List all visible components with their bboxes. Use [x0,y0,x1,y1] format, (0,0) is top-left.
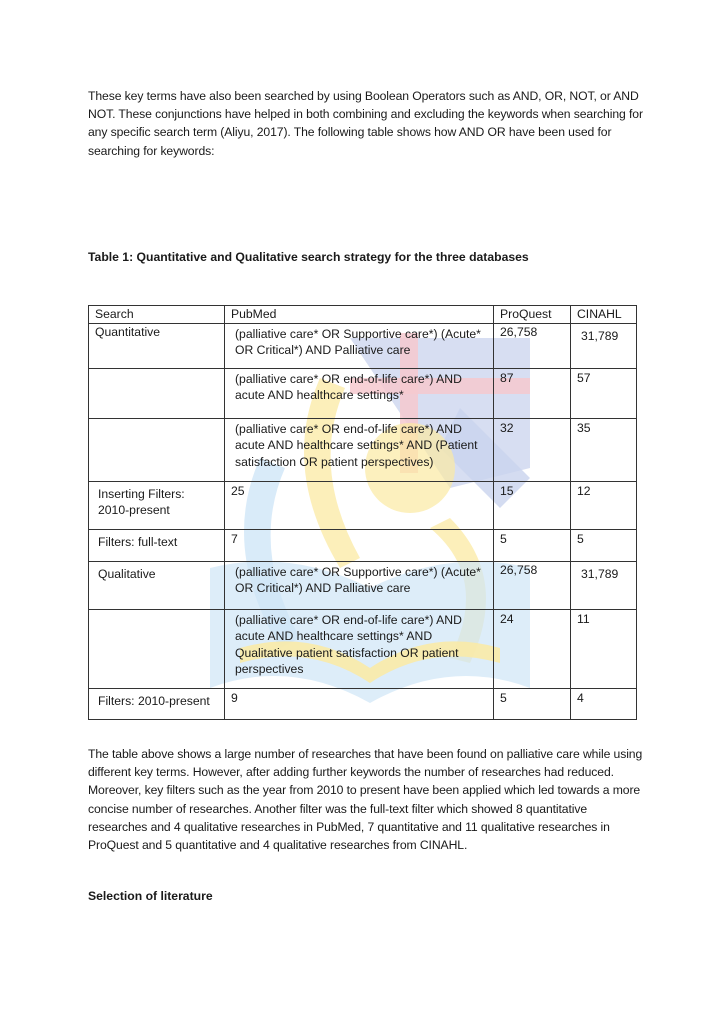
cell-search: Inserting Filters: 2010-present [89,481,225,529]
cell-pubmed: (palliative care* OR end-of-life care*) … [225,418,494,481]
table-row: (palliative care* OR end-of-life care*) … [89,418,637,481]
header-pubmed: PubMed [225,306,494,324]
table-row: Filters: full-text 7 5 5 [89,529,637,561]
discussion-paragraph: The table above shows a large number of … [88,745,648,854]
cell-cinahl: 12 [571,481,637,529]
table-caption: Table 1: Quantitative and Qualitative se… [88,250,529,264]
table-row: Inserting Filters: 2010-present 25 15 12 [89,481,637,529]
header-cinahl: CINAHL [571,306,637,324]
cell-proquest: 5 [494,529,571,561]
cell-pubmed: (palliative care* OR end-of-life care*) … [225,368,494,418]
cell-proquest: 5 [494,688,571,719]
header-search: Search [89,306,225,324]
cell-proquest: 32 [494,418,571,481]
table-row: Quantitative (palliative care* OR Suppor… [89,323,637,368]
cell-cinahl: 4 [571,688,637,719]
cell-cinahl: 31,789 [571,323,637,368]
table-row: Filters: 2010-present 9 5 4 [89,688,637,719]
cell-cinahl: 11 [571,609,637,688]
cell-search [89,609,225,688]
cell-pubmed: 7 [225,529,494,561]
table-header-row: Search PubMed ProQuest CINAHL [89,306,637,324]
cell-proquest: 15 [494,481,571,529]
table-row: Qualitative (palliative care* OR Support… [89,561,637,609]
document-page: These key terms have also been searched … [0,0,724,1024]
cell-proquest: 87 [494,368,571,418]
cell-search [89,368,225,418]
cell-pubmed: (palliative care* OR Supportive care*) (… [225,323,494,368]
intro-paragraph: These key terms have also been searched … [88,87,648,160]
cell-pubmed: (palliative care* OR end-of-life care*) … [225,609,494,688]
cell-proquest: 24 [494,609,571,688]
cell-proquest: 26,758 [494,561,571,609]
cell-cinahl: 5 [571,529,637,561]
cell-proquest: 26,758 [494,323,571,368]
table-row: (palliative care* OR end-of-life care*) … [89,368,637,418]
cell-pubmed: 25 [225,481,494,529]
search-strategy-table: Search PubMed ProQuest CINAHL Quantitati… [88,305,637,720]
cell-pubmed: (palliative care* OR Supportive care*) (… [225,561,494,609]
table-row: (palliative care* OR end-of-life care*) … [89,609,637,688]
section-heading: Selection of literature [88,889,213,903]
cell-search: Filters: 2010-present [89,688,225,719]
cell-cinahl: 57 [571,368,637,418]
cell-cinahl: 31,789 [571,561,637,609]
cell-search: Filters: full-text [89,529,225,561]
cell-cinahl: 35 [571,418,637,481]
cell-search: Quantitative [89,323,225,368]
cell-pubmed: 9 [225,688,494,719]
cell-search [89,418,225,481]
header-proquest: ProQuest [494,306,571,324]
cell-search: Qualitative [89,561,225,609]
